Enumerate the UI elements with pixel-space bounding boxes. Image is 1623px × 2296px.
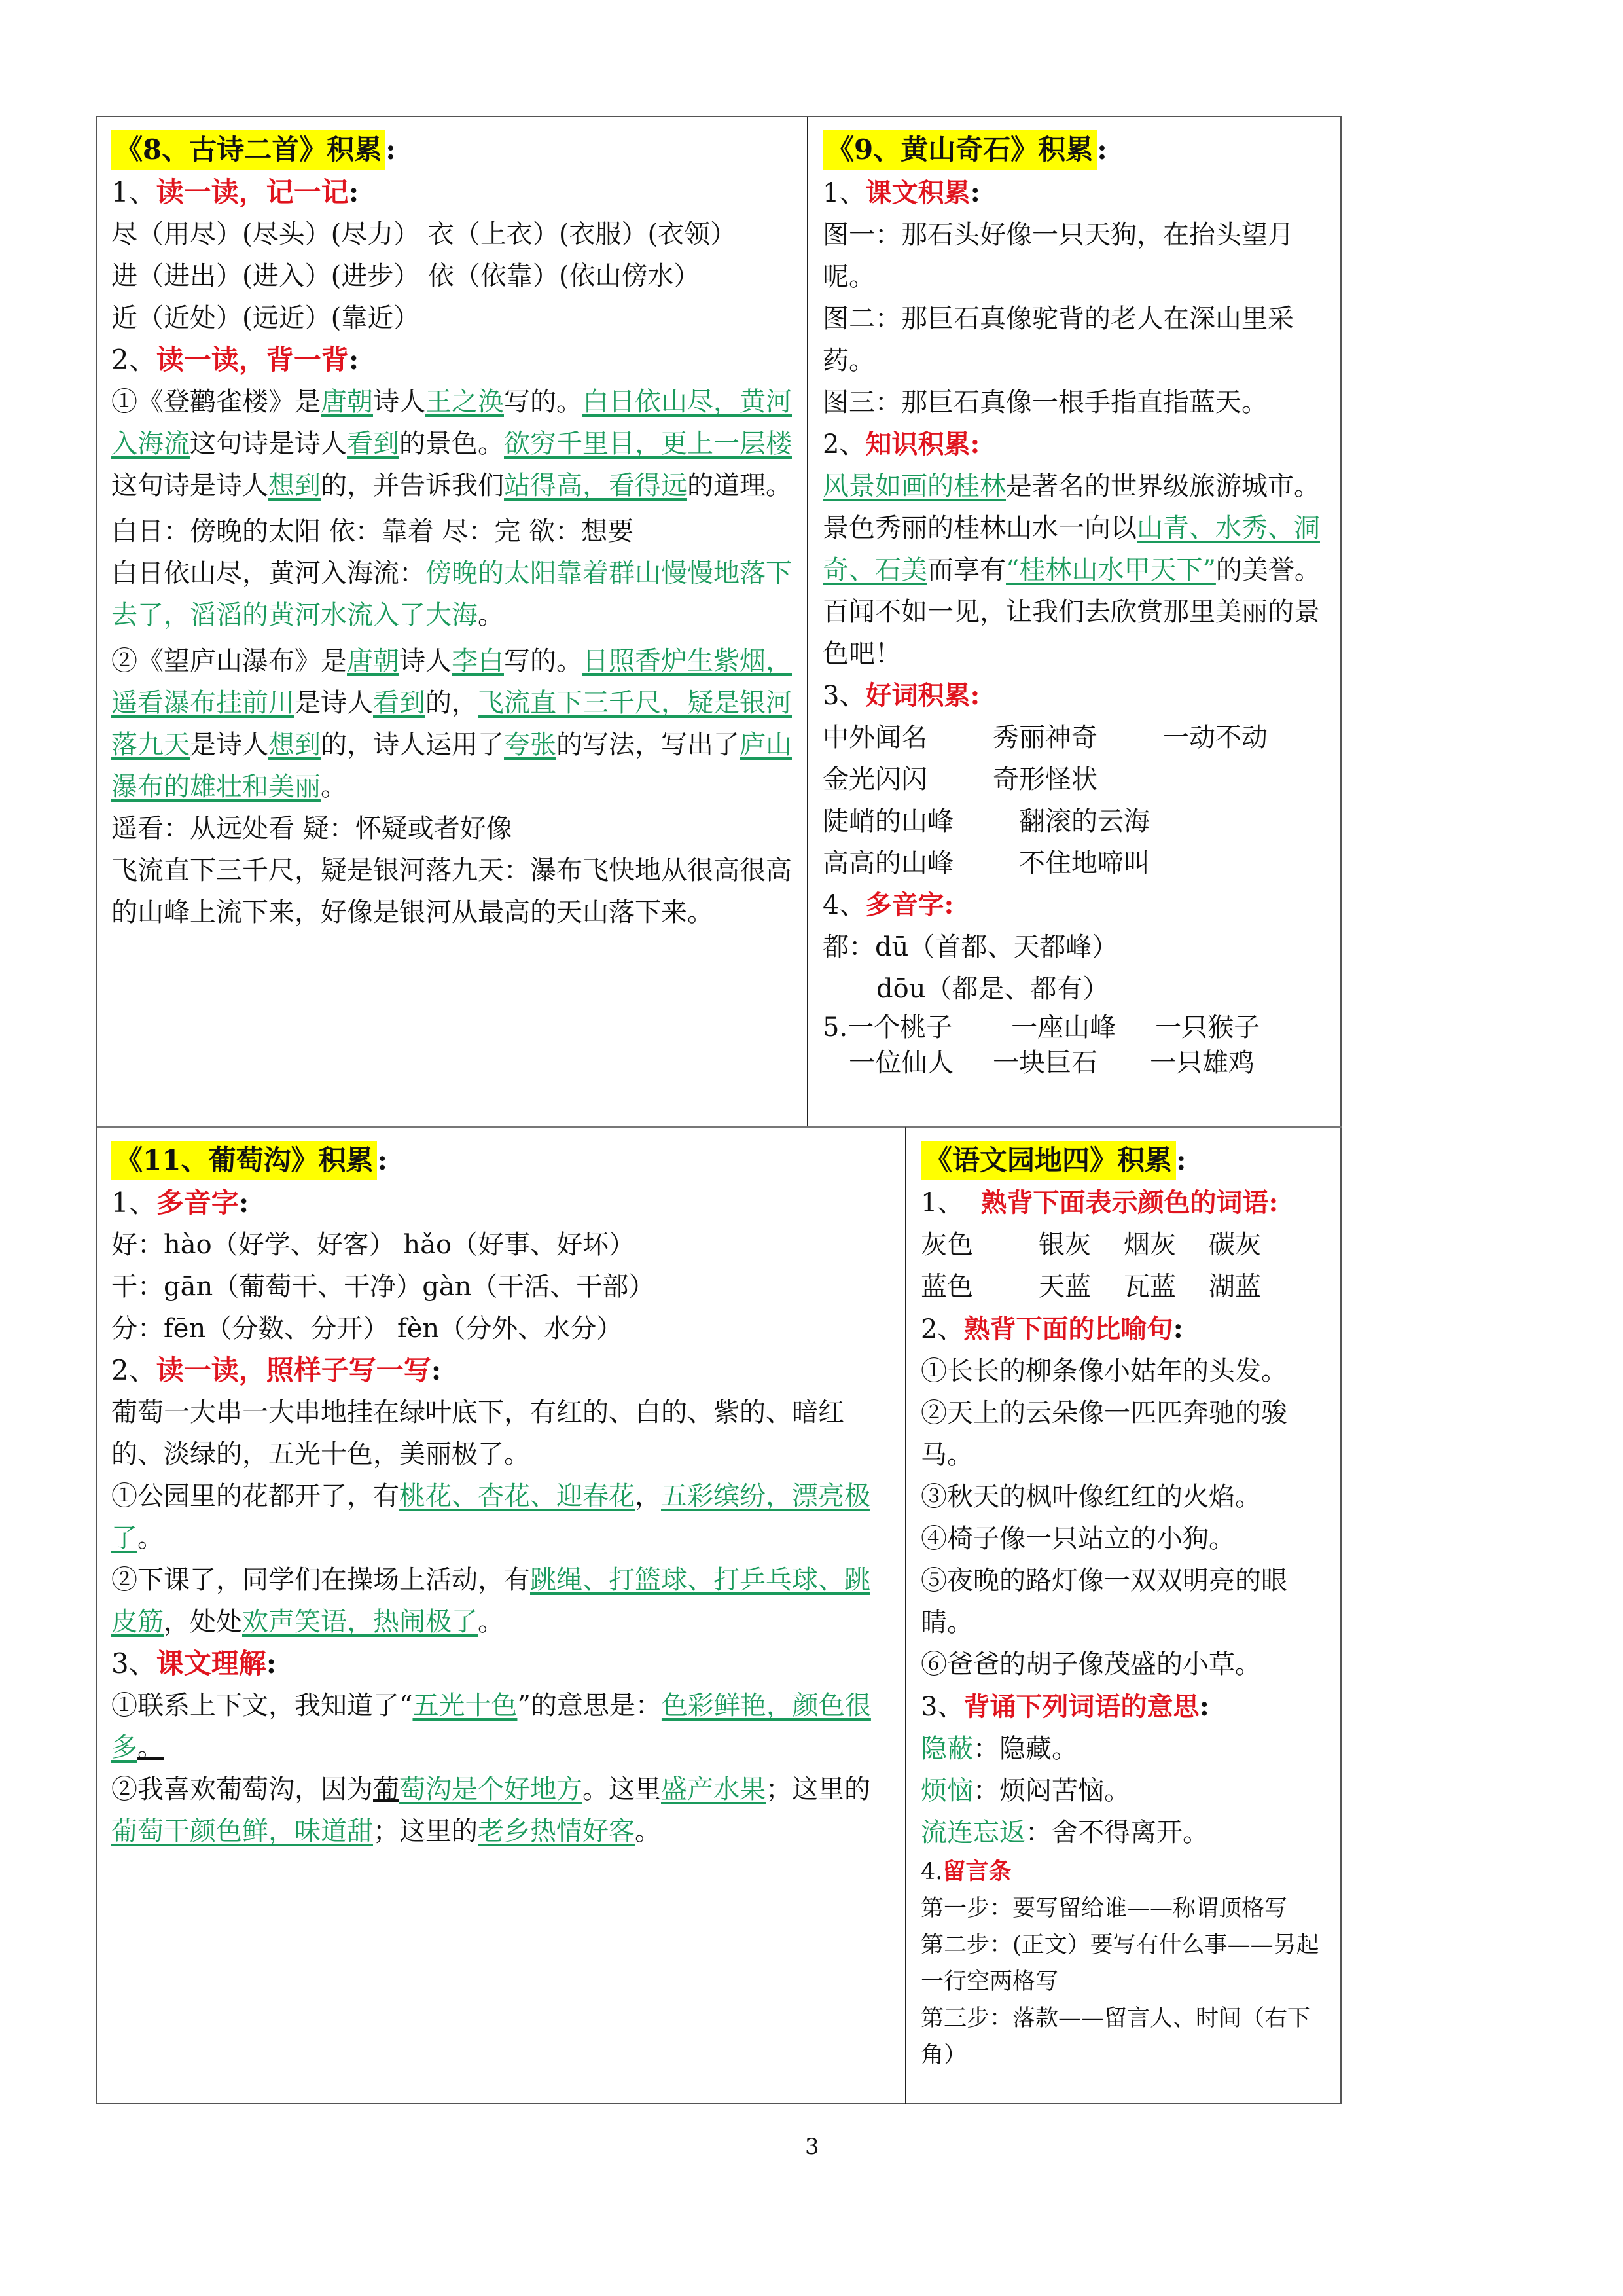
exercise-2: ②下课了，同学们在操场上活动，有跳绳、打篮球、打乒乓球、跳皮筋，处处欢声笑语，热…	[111, 1559, 891, 1643]
word-row: 中外闻名秀丽神奇一动不动	[823, 717, 1327, 759]
picture-caption: 图二：那巨石真像驼背的老人在深山里采药。	[823, 298, 1327, 382]
section-heading: 留言条	[942, 1858, 1011, 1885]
picture-caption: 图三：那巨石真像一根手指直指蓝天。	[823, 382, 1327, 423]
measure-row: 一位仙人一块巨石一只雄鸡	[823, 1045, 1327, 1081]
color-words-row: 灰色银灰烟灰碳灰	[921, 1224, 1327, 1266]
meaning-row: 隐蔽：隐藏。	[921, 1728, 1327, 1770]
knowledge-paragraph: 风景如画的桂林是著名的世界级旅游城市。景色秀丽的桂林山水一向以山青、水秀、洞奇、…	[823, 465, 1327, 675]
lesson11-title: 《11、葡萄沟》积累	[111, 1141, 377, 1180]
vocab-row: 尽（用尽）(尽头）(尽力） 衣（上衣）(衣服）(衣领）	[111, 213, 793, 255]
vocab-row: 进（进出）(进入）(进步） 依（依靠）(依山傍水）	[111, 255, 793, 297]
picture-caption: 图一：那石头好像一只天狗，在抬头望月呢。	[823, 214, 1327, 298]
lesson11-cell: 《11、葡萄沟》积累: 1、多音字: 好：hào（好学、好客） hǎo（好事、好…	[97, 1126, 906, 2104]
lesson8-title: 《8、古诗二首》积累	[111, 130, 385, 170]
definitions-1: 白日：傍晚的太阳 依：靠着 尽：完 欲：想要	[111, 511, 793, 552]
meaning-row: 流连忘返：舍不得离开。	[921, 1812, 1327, 1854]
section-heading: 课文积累	[865, 177, 970, 208]
lesson9-title: 《9、黄山奇石》积累	[823, 130, 1097, 170]
vocab-row: 近（近处）(远近）(靠近）	[111, 297, 793, 339]
section-heading: 课文理解	[156, 1647, 266, 1679]
meaning-row: 烦恼：烦闷苦恼。	[921, 1770, 1327, 1812]
simile: ⑤夜晚的路灯像一双双明亮的眼睛。	[921, 1560, 1327, 1643]
page-number: 3	[805, 2134, 819, 2160]
word-row: 陡峭的山峰翻滚的云海	[823, 800, 1327, 842]
understanding-1: ①联系上下文，我知道了“五光十色”的意思是：色彩鲜艳，颜色很多。	[111, 1685, 891, 1768]
notes-table: 《8、古诗二首》积累: 1、读一读，记一记: 尽（用尽）(尽头）(尽力） 衣（上…	[96, 116, 1342, 2104]
section-heading: 熟背下面表示颜色的词语	[980, 1187, 1268, 1218]
section-heading: 知识积累	[865, 429, 970, 459]
translation-1: 白日依山尽，黄河入海流：傍晚的太阳靠着群山慢慢地落下去了，滔滔的黄河水流入了大海…	[111, 552, 793, 636]
poem1-paragraph: ①《登鹳雀楼》是唐朝诗人王之涣写的。白日依山尽，黄河入海流这句诗是诗人看到的景色…	[111, 381, 793, 507]
word-row: 金光闪闪奇形怪状	[823, 759, 1327, 800]
note-step: 第一步：要写留给谁——称谓顶格写	[921, 1890, 1327, 1927]
definitions-2: 遥看：从远处看 疑：怀疑或者好像	[111, 808, 793, 850]
section-number: 1、	[111, 176, 156, 208]
answer: 唐朝	[347, 646, 399, 676]
simile: ⑥爸爸的胡子像茂盛的小草。	[921, 1643, 1327, 1685]
answer: 看到	[373, 688, 425, 718]
answer: 想到	[268, 730, 321, 760]
understanding-2: ②我喜欢葡萄沟，因为葡萄沟是个好地方。这里盛产水果；这里的葡萄干颜色鲜，味道甜；…	[111, 1768, 891, 1852]
polyphone-row: 都：dū（首都、天都峰）	[823, 926, 1327, 968]
answer: 想到	[268, 471, 321, 501]
section-heading: 多音字	[156, 1187, 239, 1219]
section-heading: 背诵下列词语的意思	[963, 1691, 1199, 1722]
polyphone-row: 好：hào（好学、好客） hǎo（好事、好坏）	[111, 1224, 891, 1266]
section-heading: 读一读，记一记	[156, 176, 349, 208]
color-words-row: 蓝色天蓝瓦蓝湖蓝	[921, 1266, 1327, 1308]
measure-row: 5.一个桃子一座山峰一只猴子	[823, 1010, 1327, 1045]
section-heading: 好词积累	[865, 680, 970, 711]
section-number: 2、	[111, 344, 156, 376]
answer: 夸张	[504, 730, 556, 760]
answer: 王之涣	[425, 387, 504, 417]
sample-sentence: 葡萄一大串一大串地挂在绿叶底下，有红的、白的、紫的、暗红的、淡绿的，五光十色，美…	[111, 1391, 891, 1475]
answer: 李白	[452, 646, 504, 676]
simile: ①长长的柳条像小姑年的头发。	[921, 1350, 1327, 1392]
section-heading: 多音字	[865, 889, 944, 920]
polyphone-row: 干：gān（葡萄干、干净）gàn（干活、干部）	[111, 1266, 891, 1308]
simile: ④椅子像一只站立的小狗。	[921, 1518, 1327, 1560]
garden4-cell: 《语文园地四》积累: 1、熟背下面表示颜色的词语: 灰色银灰烟灰碳灰 蓝色天蓝瓦…	[906, 1126, 1342, 2104]
polyphone-row: 分：fēn（分数、分开） fèn（分外、水分）	[111, 1308, 891, 1350]
lesson8-cell: 《8、古诗二首》积累: 1、读一读，记一记: 尽（用尽）(尽头）(尽力） 衣（上…	[97, 117, 808, 1126]
exercise-1: ①公园里的花都开了，有桃花、杏花、迎春花，五彩缤纷，漂亮极了。	[111, 1475, 891, 1559]
answer: 看到	[347, 429, 399, 459]
answer: 站得高，看得远	[504, 471, 687, 501]
translation-2: 飞流直下三千尺，疑是银河落九天：瀑布飞快地从很高很高的山峰上流下来，好像是银河从…	[111, 850, 793, 933]
polyphone-row: dōu（都是、都有）	[823, 968, 1327, 1010]
simile: ②天上的云朵像一匹匹奔驰的骏马。	[921, 1392, 1327, 1476]
poem2-paragraph: ②《望庐山瀑布》是唐朝诗人李白写的。日照香炉生紫烟，遥看瀑布挂前川是诗人看到的，…	[111, 640, 793, 808]
note-step: 第二步：(正文）要写有什么事——另起一行空两格写	[921, 1927, 1327, 2000]
simile: ③秋天的枫叶像红红的火焰。	[921, 1476, 1327, 1518]
note-step: 第三步：落款——留言人、时间（右下角）	[921, 2000, 1327, 2073]
lesson9-cell: 《9、黄山奇石》积累: 1、课文积累: 图一：那石头好像一只天狗，在抬头望月呢。…	[808, 117, 1342, 1126]
answer: 欲穷千里目，更上一层楼	[504, 429, 792, 459]
answer: 唐朝	[321, 387, 373, 417]
garden4-title: 《语文园地四》积累	[921, 1141, 1176, 1180]
word-row: 高高的山峰不住地啼叫	[823, 842, 1327, 884]
section-heading: 读一读，背一背	[156, 344, 349, 376]
section-heading: 熟背下面的比喻句	[963, 1314, 1173, 1344]
section-heading: 读一读，照样子写一写	[156, 1354, 431, 1386]
